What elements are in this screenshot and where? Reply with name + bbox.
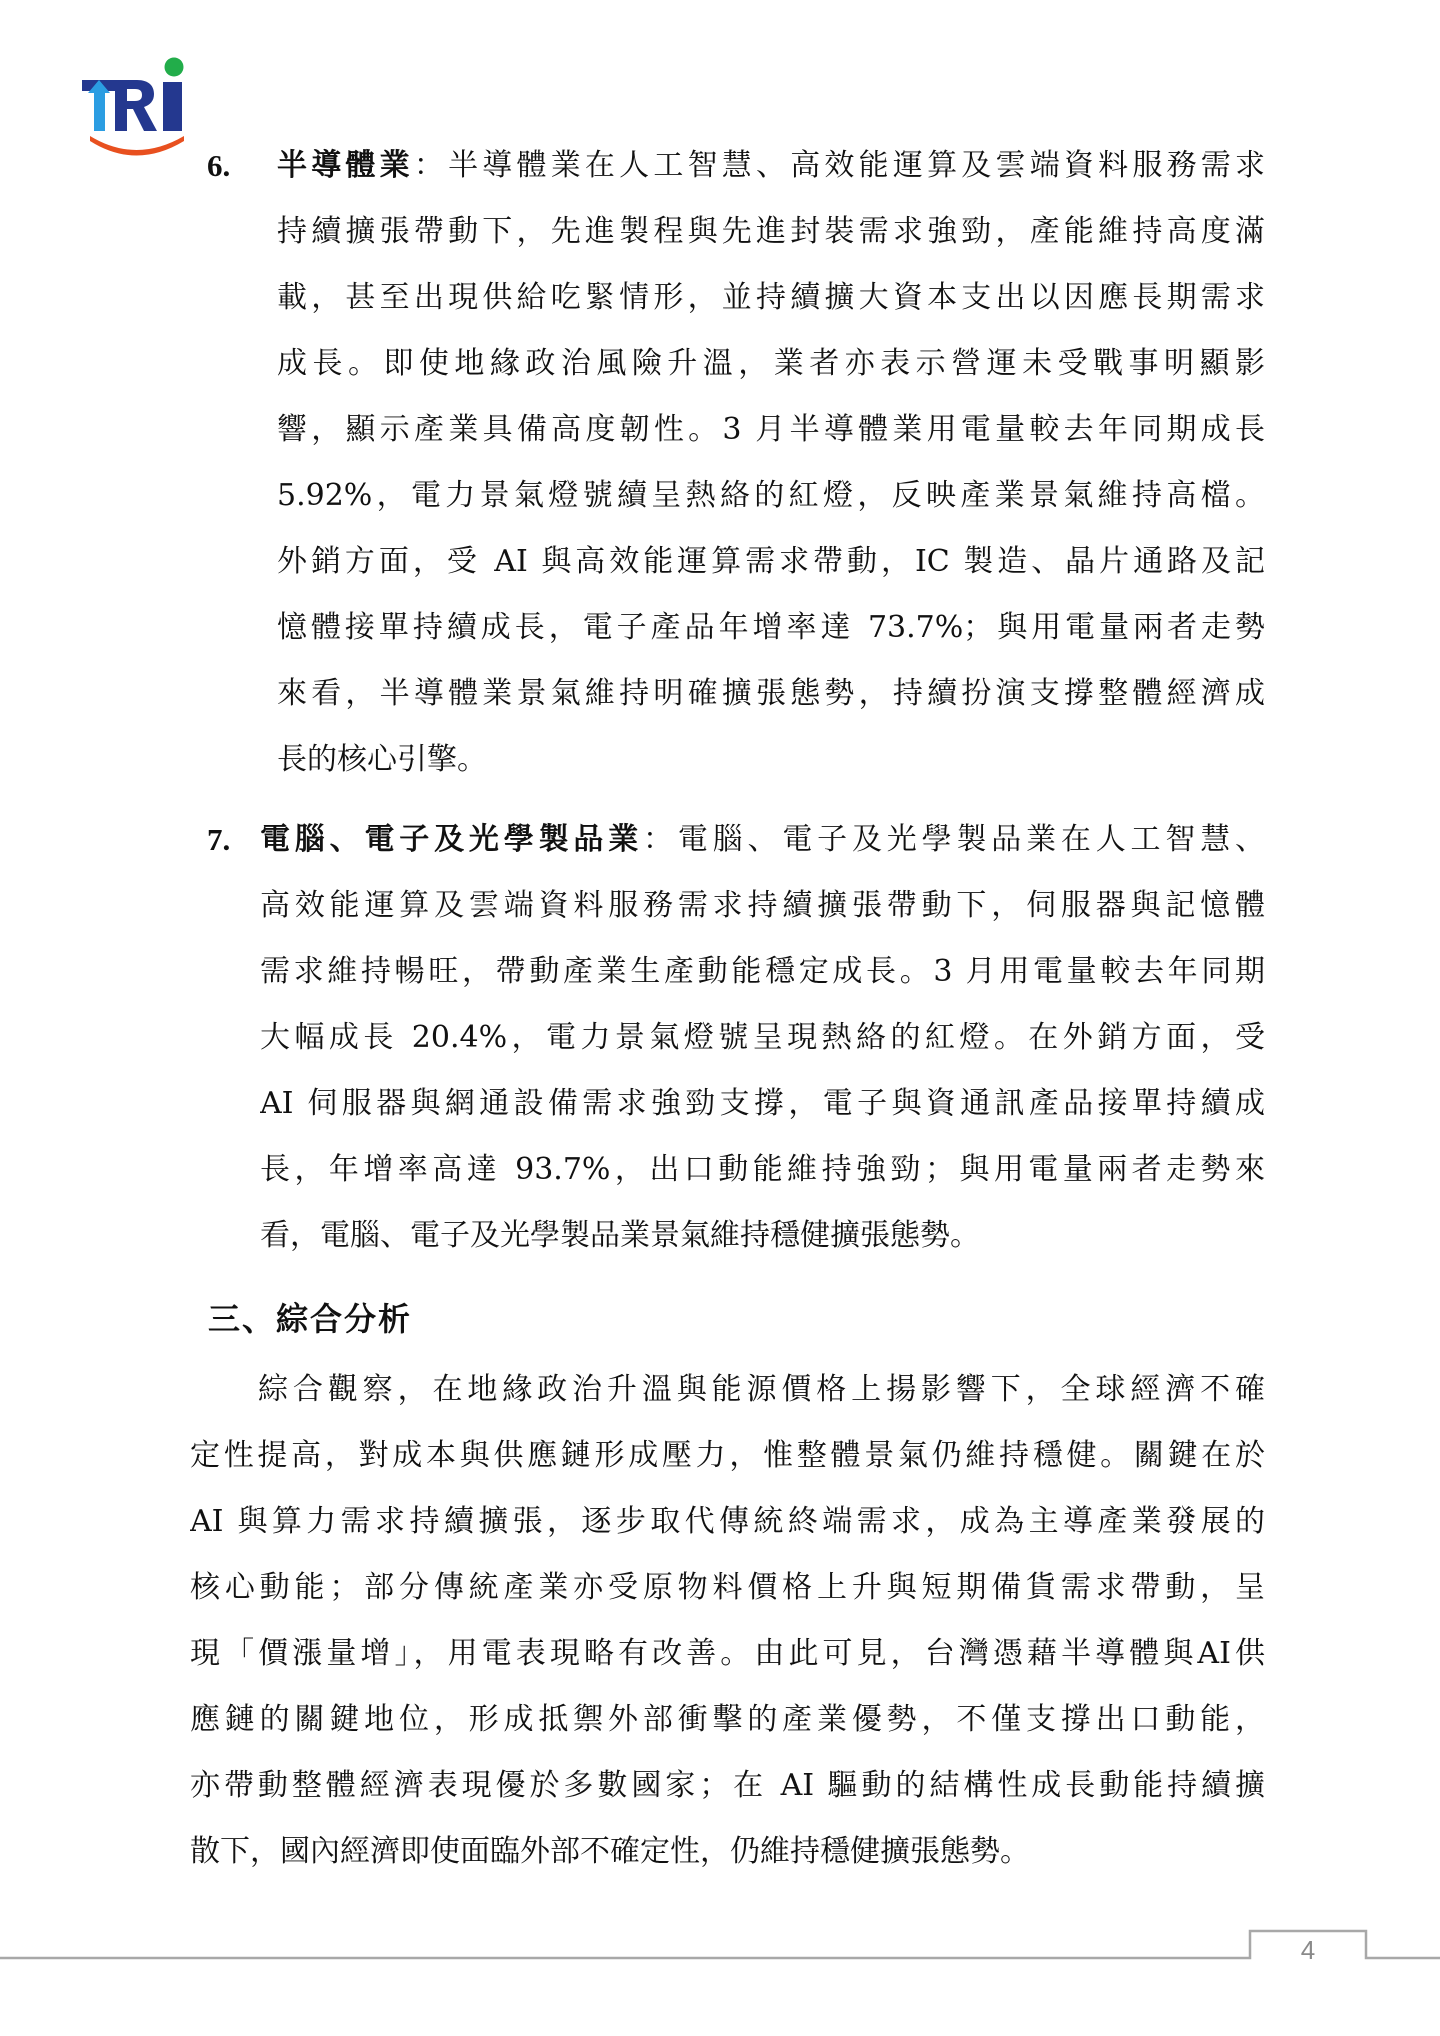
list-item-computer-electronics: 電腦、電子及光學製品業：電腦、電子及光學製品業在人工智慧、 高效能運算及雲端資料… xyxy=(260,807,1265,1269)
text-line: AI 伺服器與網通設備需求強勁支撐，電子與資通訊產品接單持續成 xyxy=(260,1071,1265,1137)
text-line: 半導體業：半導體業在人工智慧、高效能運算及雲端資料服務需求 xyxy=(277,133,1265,199)
text-line: 現「價漲量增」，用電表現略有改善。由此可見，台灣憑藉半導體與AI供 xyxy=(190,1621,1265,1687)
item-number: 6. xyxy=(207,133,230,199)
text-line-content: ：電腦、電子及光學製品業在人工智慧、 xyxy=(643,822,1265,857)
text-line: 大幅成長 20.4%，電力景氣燈號呈現熱絡的紅燈。在外銷方面，受 xyxy=(260,1005,1265,1071)
text-line: 來看，半導體業景氣維持明確擴張態勢，持續扮演支撐整體經濟成 xyxy=(277,661,1265,727)
text-line: 憶體接單持續成長，電子產品年增率達 73.7%；與用電量兩者走勢 xyxy=(277,595,1265,661)
text-line: 5.92%，電力景氣燈號續呈熱絡的紅燈，反映產業景氣維持高檔。 xyxy=(277,463,1265,529)
text-line: 定性提高，對成本與供應鏈形成壓力，惟整體景氣仍維持穩健。關鍵在於 xyxy=(190,1423,1265,1489)
page-number: 4 xyxy=(1250,1931,1366,1965)
footer-rule xyxy=(0,1925,1440,1975)
text-line: 外銷方面，受 AI 與高效能運算需求帶動，IC 製造、晶片通路及記 xyxy=(277,529,1265,595)
text-line: 亦帶動整體經濟表現優於多數國家；在 AI 驅動的結構性成長動能持續擴 xyxy=(190,1753,1265,1819)
section-heading: 三、綜合分析 xyxy=(208,1286,412,1352)
text-line: 持續擴張帶動下，先進製程與先進封裝需求強勁，產能維持高度滿 xyxy=(277,199,1265,265)
logo-green-dot-icon xyxy=(165,58,184,77)
text-line: 看，電腦、電子及光學製品業景氣維持穩健擴張態勢。 xyxy=(260,1203,1265,1269)
item-title: 電腦、電子及光學製品業 xyxy=(260,822,643,857)
list-item-semiconductor: 半導體業：半導體業在人工智慧、高效能運算及雲端資料服務需求 持續擴張帶動下，先進… xyxy=(277,133,1265,793)
text-line: 載，甚至出現供給吃緊情形，並持續擴大資本支出以因應長期需求 xyxy=(277,265,1265,331)
text-line: 響，顯示產業具備高度韌性。3 月半導體業用電量較去年同期成長 xyxy=(277,397,1265,463)
item-title: 半導體業 xyxy=(277,148,414,183)
text-line: 綜合觀察，在地緣政治升溫與能源價格上揚影響下，全球經濟不確 xyxy=(190,1357,1265,1423)
text-line: 核心動能；部分傳統產業亦受原物料價格上升與短期備貨需求帶動，呈 xyxy=(190,1555,1265,1621)
text-line: 高效能運算及雲端資料服務需求持續擴張帶動下，伺服器與記憶體 xyxy=(260,873,1265,939)
text-line: 成長。即使地緣政治風險升溫，業者亦表示營運未受戰事明顯影 xyxy=(277,331,1265,397)
item-number: 7. xyxy=(207,807,230,873)
tri-logo xyxy=(78,52,190,156)
text-line: AI 與算力需求持續擴張，逐步取代傳統終端需求，成為主導產業發展的 xyxy=(190,1489,1265,1555)
text-line: 長，年增率高達 93.7%，出口動能維持強勁；與用電量兩者走勢來 xyxy=(260,1137,1265,1203)
text-line: 長的核心引擎。 xyxy=(277,727,1265,793)
text-line: 散下，國內經濟即使面臨外部不確定性，仍維持穩健擴張態勢。 xyxy=(190,1819,1265,1885)
text-line: 電腦、電子及光學製品業：電腦、電子及光學製品業在人工智慧、 xyxy=(260,807,1265,873)
text-line: 需求維持暢旺，帶動產業生產動能穩定成長。3 月用電量較去年同期 xyxy=(260,939,1265,1005)
summary-paragraph: 綜合觀察，在地緣政治升溫與能源價格上揚影響下，全球經濟不確 定性提高，對成本與供… xyxy=(190,1357,1265,1885)
text-line: 應鏈的關鍵地位，形成抵禦外部衝擊的產業優勢，不僅支撐出口動能， xyxy=(190,1687,1265,1753)
text-line-content: ：半導體業在人工智慧、高效能運算及雲端資料服務需求 xyxy=(414,148,1265,183)
